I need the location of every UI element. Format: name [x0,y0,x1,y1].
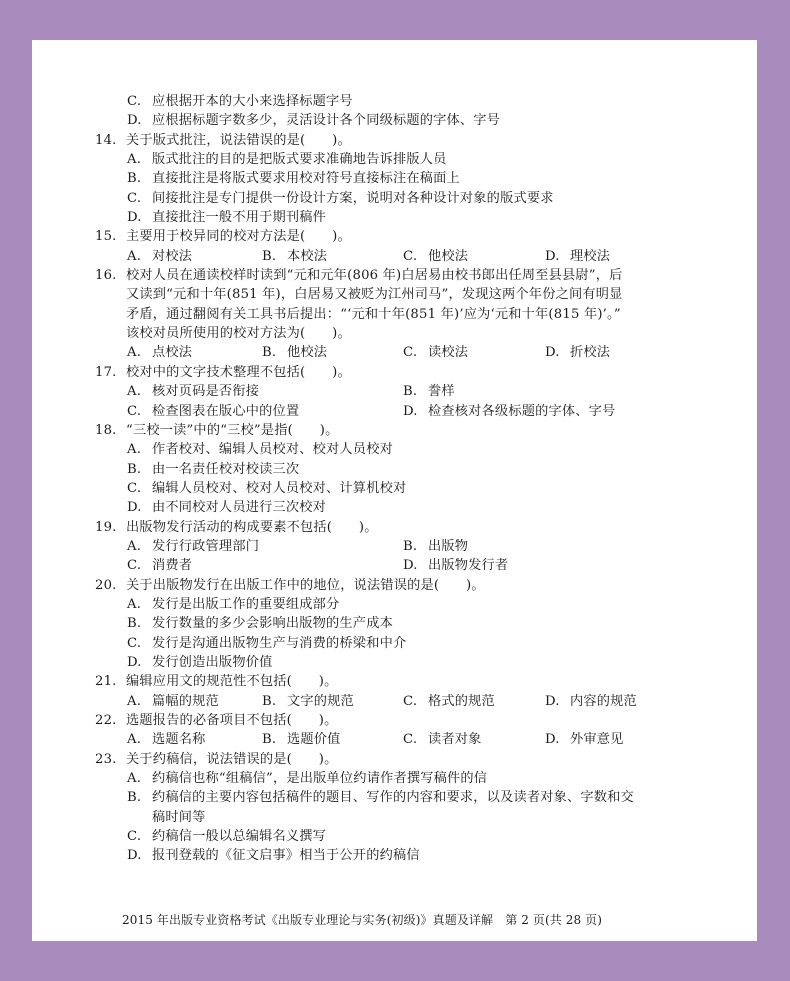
option-a: A.版式批注的目的是把版式要求准确地告诉排版人员 [95,150,715,169]
options-row: C.消费者 D.出版物发行者 [95,556,715,575]
option-text: 选题价值 [287,732,341,747]
option-b: B.直接批注是将版式要求用校对符号直接标注在稿面上 [95,169,715,188]
option-text: 篇幅的规范 [152,694,219,709]
question-14-stem: 14. 关于版式批注，说法错误的是( )。 [95,131,715,150]
option-letter: A. [127,769,152,788]
option-a: A.选题名称 [127,730,206,749]
question-16-stem: 16. 校对人员在通读校样时读到“元和元年(806 年)白居易由校书郎出任周至县… [95,266,715,285]
option-letter: B. [127,460,152,479]
option-letter: B. [262,247,287,266]
option-c: C.编辑人员校对、校对人员校对、计算机校对 [95,479,715,498]
option-text: 文字的规范 [287,694,354,709]
option-text: 选题名称 [152,732,206,747]
option-letter: D. [403,402,428,421]
option-c: C.检查图表在版心中的位置 [127,402,299,421]
question-number: 23. [95,750,117,769]
option-letter: C. [127,189,152,208]
option-letter: B. [403,382,428,401]
question-15-stem: 15. 主要用于校异同的校对方法是( )。 [95,227,715,246]
option-c: C.读者对象 [403,730,482,749]
option-b-cont: 稿时间等 [95,808,715,827]
question-number: 22. [95,711,117,730]
option-text: 发行数量的多少会影响出版物的生产成本 [152,616,393,631]
option-d: D.直接批注一般不用于期刊稿件 [95,208,715,227]
option-text: 发行行政管理部门 [152,539,259,554]
question-22-stem: 22. 选题报告的必备项目不包括( )。 [95,711,715,730]
option-letter: B. [127,788,152,807]
question-text: 编辑应用文的规范性不包括( )。 [126,672,338,691]
option-letter: C. [403,343,428,362]
document-page: C.应根据开本的大小来选择标题字号 D.应根据标题字数多少，灵活设计各个同级标题… [32,40,757,941]
option-letter: A. [127,692,152,711]
question-text: 关于版式批注，说法错误的是( )。 [126,131,351,150]
question-16-stem-cont: 又读到“元和十年(851 年)，白居易又被贬为江州司马”，发现这两个年份之间有明… [95,285,715,304]
option-letter: C. [127,92,152,111]
option-text: 对校法 [152,249,192,264]
option-text: 折校法 [570,345,610,360]
option-letter: A. [127,440,152,459]
option-b: B.选题价值 [262,730,341,749]
question-text: 校对人员在通读校样时读到“元和元年(806 年)白居易由校书郎出任周至县县尉”，… [126,266,623,285]
option-text: 检查图表在版心中的位置 [152,404,299,419]
option-c: C.消费者 [127,556,192,575]
option-letter: B. [127,169,152,188]
option-c: C.间接批注是专门提供一份设计方案，说明对各种设计对象的版式要求 [95,189,715,208]
option-text: 核对页码是否衔接 [152,384,259,399]
option-text: 约稿信一般以总编辑名义撰写 [152,829,326,844]
question-text: 选题报告的必备项目不包括( )。 [126,711,338,730]
option-text: 约稿信也称“组稿信”，是出版单位约请作者撰写稿件的信 [152,771,487,786]
option-text: 编辑人员校对、校对人员校对、计算机校对 [152,481,406,496]
question-17-stem: 17. 校对中的文字技术整理不包括( )。 [95,363,715,382]
option-text: 发行是沟通出版物生产与消费的桥梁和中介 [152,636,406,651]
option-text: 外审意见 [570,732,624,747]
option-letter: C. [127,556,152,575]
option-text: 由一名责任校对校读三次 [152,462,299,477]
option-letter: C. [127,479,152,498]
question-number: 18. [95,421,117,440]
option-letter: A. [127,382,152,401]
option-a: A.约稿信也称“组稿信”，是出版单位约请作者撰写稿件的信 [95,769,715,788]
option-text: 直接批注一般不用于期刊稿件 [152,210,326,225]
option-a: A.篇幅的规范 [127,692,219,711]
option-text: 读者对象 [428,732,482,747]
option-b: B.出版物 [403,537,468,556]
option-d: D.外审意见 [545,730,624,749]
option-text: 应根据开本的大小来选择标题字号 [152,94,353,109]
option-letter: C. [127,634,152,653]
option-b: B.发行数量的多少会影响出版物的生产成本 [95,614,715,633]
option-text: 报刊登载的《征文启事》相当于公开的约稿信 [152,848,420,863]
option-letter: A. [127,150,152,169]
options-row: C.检查图表在版心中的位置 D.检查核对各级标题的字体、字号 [95,402,715,421]
question-number: 17. [95,363,117,382]
options-row: A.发行行政管理部门 B.出版物 [95,537,715,556]
option-b: B.由一名责任校对校读三次 [95,460,715,479]
option-b: B.文字的规范 [262,692,354,711]
option-text: 间接批注是专门提供一份设计方案，说明对各种设计对象的版式要求 [152,191,554,206]
option-text: 他校法 [428,249,468,264]
option-c: C.约稿信一般以总编辑名义撰写 [95,827,715,846]
question-text: 出版物发行活动的构成要素不包括( )。 [126,518,378,537]
option-letter: C. [127,827,152,846]
option-a: A.点校法 [127,343,192,362]
question-text: 关于约稿信，说法错误的是( )。 [126,750,338,769]
question-number: 20. [95,576,117,595]
question-text: 关于出版物发行在出版工作中的地位，说法错误的是( )。 [126,576,485,595]
option-d: D.发行创造出版物价值 [95,653,715,672]
option-letter: D. [127,111,152,130]
option-text: 约稿信的主要内容包括稿件的题目、写作的内容和要求，以及读者对象、字数和交 [152,790,634,805]
option-letter: C. [403,730,428,749]
option-text: 发行是出版工作的重要组成部分 [152,597,339,612]
question-20-stem: 20. 关于出版物发行在出版工作中的地位，说法错误的是( )。 [95,576,715,595]
question-text: 主要用于校异同的校对方法是( )。 [126,227,351,246]
option-letter: A. [127,595,152,614]
option-text: 出版物 [428,539,468,554]
question-number: 15. [95,227,117,246]
options-row: A.核对页码是否衔接 B.誊样 [95,382,715,401]
option-text: 出版物发行者 [428,558,508,573]
question-text: 又读到“元和十年(851 年)，白居易又被贬为江州司马”，发现这两个年份之间有明… [126,285,623,304]
option-text: 稿时间等 [152,808,206,827]
question-21-stem: 21. 编辑应用文的规范性不包括( )。 [95,672,715,691]
option-text: 检查核对各级标题的字体、字号 [428,404,615,419]
option-letter: C. [403,692,428,711]
question-text: 该校对员所使用的校对方法为( )。 [126,324,351,343]
question-number: 16. [95,266,117,285]
option-letter: B. [262,730,287,749]
option-text: 读校法 [428,345,468,360]
option-text: 作者校对、编辑人员校对、校对人员校对 [152,442,393,457]
option-letter: A. [127,537,152,556]
option-letter: B. [262,343,287,362]
option-letter: D. [127,846,152,865]
question-16-stem-cont: 矛盾，通过翻阅有关工具书后提出：“‘元和十年(851 年)’应为‘元和十年(81… [95,305,715,324]
options-row: A.点校法 B.他校法 C.读校法 D.折校法 [95,343,715,362]
option-text: 内容的规范 [570,694,637,709]
option-letter: B. [403,537,428,556]
question-text: “三校一读”中的“三校”是指( )。 [126,421,339,440]
option-c: C.发行是沟通出版物生产与消费的桥梁和中介 [95,634,715,653]
option-letter: D. [127,653,152,672]
option-letter: D. [545,247,570,266]
option-letter: D. [127,498,152,517]
option-letter: A. [127,730,152,749]
option-d: D.由不同校对人员进行三次校对 [95,498,715,517]
option-d: D.内容的规范 [545,692,637,711]
option-text: 版式批注的目的是把版式要求准确地告诉排版人员 [152,152,447,167]
option-text: 点校法 [152,345,192,360]
option-d: D.出版物发行者 [403,556,508,575]
option-d: D.报刊登载的《征文启事》相当于公开的约稿信 [95,846,715,865]
option-d: D.检查核对各级标题的字体、字号 [403,402,615,421]
option-letter: A. [127,343,152,362]
option-d: D.应根据标题字数多少，灵活设计各个同级标题的字体、字号 [95,111,715,130]
option-letter: D. [127,208,152,227]
question-number: 14. [95,131,117,150]
option-letter: C. [127,402,152,421]
option-d: D.折校法 [545,343,610,362]
option-text: 本校法 [287,249,327,264]
question-text: 校对中的文字技术整理不包括( )。 [126,363,351,382]
option-c: C.应根据开本的大小来选择标题字号 [95,92,715,111]
option-text: 由不同校对人员进行三次校对 [152,500,326,515]
option-b: B.他校法 [262,343,327,362]
option-letter: D. [545,730,570,749]
option-text: 消费者 [152,558,192,573]
question-number: 21. [95,672,117,691]
option-letter: D. [545,343,570,362]
question-19-stem: 19. 出版物发行活动的构成要素不包括( )。 [95,518,715,537]
option-a: A.作者校对、编辑人员校对、校对人员校对 [95,440,715,459]
option-text: 格式的规范 [428,694,495,709]
page-footer: 2015 年出版专业资格考试《出版专业理论与实务(初级)》真题及详解 第 2 页… [122,911,602,928]
options-row: A.篇幅的规范 B.文字的规范 C.格式的规范 D.内容的规范 [95,692,715,711]
option-b: B.约稿信的主要内容包括稿件的题目、写作的内容和要求，以及读者对象、字数和交 [95,788,715,807]
option-letter: B. [262,692,287,711]
option-b: B.本校法 [262,247,327,266]
option-text: 直接批注是将版式要求用校对符号直接标注在稿面上 [152,171,460,186]
options-row: A.对校法 B.本校法 C.他校法 D.理校法 [95,247,715,266]
option-text: 理校法 [570,249,610,264]
option-text: 应根据标题字数多少，灵活设计各个同级标题的字体、字号 [152,113,500,128]
question-18-stem: 18. “三校一读”中的“三校”是指( )。 [95,421,715,440]
option-a: A.核对页码是否衔接 [127,382,259,401]
option-c: C.读校法 [403,343,468,362]
question-23-stem: 23. 关于约稿信，说法错误的是( )。 [95,750,715,769]
option-a: A.发行是出版工作的重要组成部分 [95,595,715,614]
option-letter: D. [545,692,570,711]
option-a: A.发行行政管理部门 [127,537,259,556]
option-text: 发行创造出版物价值 [152,655,273,670]
option-a: A.对校法 [127,247,192,266]
option-letter: D. [403,556,428,575]
option-letter: A. [127,247,152,266]
option-d: D.理校法 [545,247,610,266]
question-number: 19. [95,518,117,537]
option-text: 誊样 [428,384,455,399]
option-b: B.誊样 [403,382,455,401]
question-list: C.应根据开本的大小来选择标题字号 D.应根据标题字数多少，灵活设计各个同级标题… [95,92,715,866]
options-row: A.选题名称 B.选题价值 C.读者对象 D.外审意见 [95,730,715,749]
question-text: 矛盾，通过翻阅有关工具书后提出：“‘元和十年(851 年)’应为‘元和十年(81… [126,305,621,324]
option-c: C.格式的规范 [403,692,495,711]
option-letter: C. [403,247,428,266]
option-text: 他校法 [287,345,327,360]
question-16-stem-cont: 该校对员所使用的校对方法为( )。 [95,324,715,343]
option-c: C.他校法 [403,247,468,266]
option-letter: B. [127,614,152,633]
